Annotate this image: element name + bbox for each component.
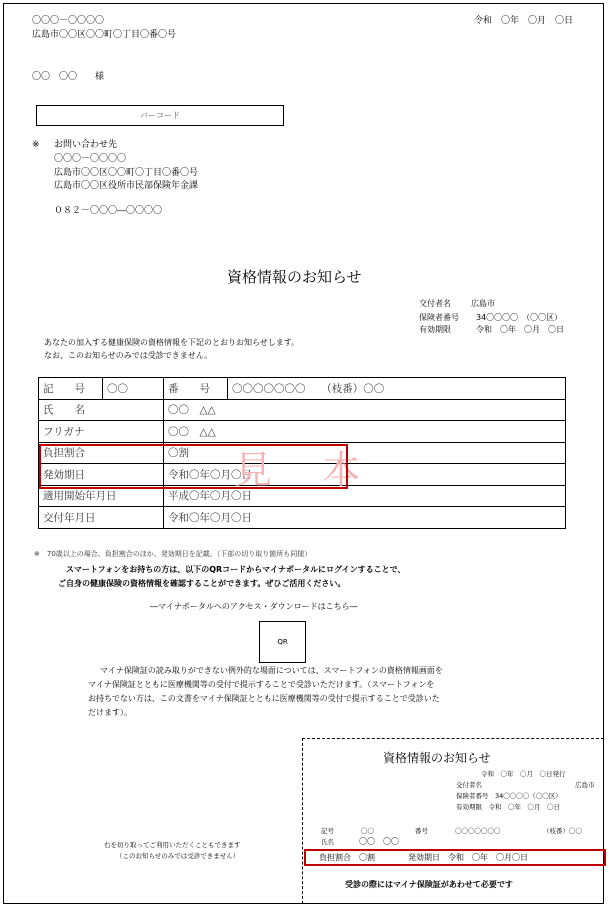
table-row: 記 号 〇〇 番 号 〇〇〇〇〇〇〇 （枝番）〇〇 (39, 378, 566, 400)
cutout-name-value: 〇〇 〇〇 (359, 836, 399, 847)
cutout-issuer-value: 広島市 (575, 781, 595, 790)
smartphone-notice-1: スマートフォンをお持ちの方は、以下のQRコードからマイナポータルにログインするこ… (66, 564, 405, 575)
cutout-number-value: 〇〇〇〇〇〇〇 (455, 827, 501, 836)
row-label: 氏 名 (39, 399, 164, 421)
validity-label: 有効期限 (419, 324, 451, 335)
page-title: 資格情報のお知らせ (227, 267, 362, 287)
cut-note-2: （このお知らせのみでは受診できません） (116, 852, 239, 861)
inquiry-postal-code: 〇〇〇－〇〇〇〇 (54, 153, 126, 165)
cutout-effective: 発効期日 令和 〇年 〇月〇日 (408, 852, 528, 863)
cutout-burden: 負担割合 〇割 (319, 852, 375, 863)
highlight-burden-box (39, 444, 348, 489)
row-value: 令和〇年〇月〇日 (164, 507, 566, 529)
row-value: 〇〇 △△ (164, 399, 566, 421)
number-value: 〇〇〇〇〇〇〇 （枝番）〇〇 (228, 378, 566, 400)
cutout-title: 資格情報のお知らせ (383, 750, 491, 766)
inquiry-mark: ※ (32, 139, 40, 151)
table-row: 氏 名 〇〇 △△ (39, 399, 566, 421)
inquiry-address: 広島市〇〇区〇〇町〇丁目〇番〇号 (54, 167, 198, 179)
recipient-address: 広島市〇〇区〇〇町〇丁目〇番〇号 (32, 29, 176, 41)
portal-access-label: ―マイナポータルへのアクセス・ダウンロードはこちら― (150, 601, 358, 612)
row-label: フリガナ (39, 421, 164, 443)
issue-date: 令和 〇年 〇月 〇日 (474, 15, 573, 27)
exception-line-1: マイナ保険証の読み取りができない例外的な場面については、スマートフォンの資格情報… (92, 665, 443, 676)
issuer-label: 交付者名 (419, 298, 451, 309)
exception-line-3: お持ちでない方は、この文書をマイナ保険証とともに医療機関等の受付で提示することで… (88, 693, 440, 704)
cutout-footer: 受診の際にはマイナ保険証があわせて必要です (345, 879, 513, 890)
inquiry-heading: お問い合わせ先 (54, 139, 117, 151)
symbol-value: 〇〇 (103, 378, 164, 400)
inquiry-office: 広島市〇〇区役所市民部保険年金課 (54, 180, 198, 192)
validity-value: 令和 〇年 〇月 〇日 (476, 324, 564, 335)
insurer-number-label: 保険者番号 (419, 312, 459, 323)
exception-line-2: マイナ保険証とともに医療機関等の受付で提示することで受診いただけます。（スマート… (88, 679, 434, 690)
cut-note-1: 右を切り取ってご利用いただくこともできます (104, 841, 241, 850)
cutout-validity: 有効期限 令和 〇年 〇月 〇日 (456, 803, 560, 812)
barcode-box: バーコード (36, 105, 284, 126)
cutout-symbol-value: 〇〇 (361, 827, 374, 836)
cutout-branch: （枝番）〇〇 (543, 827, 582, 836)
number-label: 番 号 (164, 378, 228, 400)
inquiry-phone: ０８２－〇〇〇―〇〇〇〇 (54, 205, 162, 217)
cutout-insurer-number: 保険者番号 34〇〇〇〇（〇〇区） (456, 792, 562, 801)
insurer-number-value: 34〇〇〇〇 （〇〇区） (476, 312, 562, 323)
row-value: 〇〇 △△ (164, 421, 566, 443)
smartphone-notice-2: ご自身の健康保険の資格情報を確認することができます。ぜひご活用ください。 (58, 578, 345, 589)
table-row: 交付年月日 令和〇年〇月〇日 (39, 507, 566, 529)
intro-line-1: あなたの加入する健康保険の資格情報を下記のとおりお知らせします。 (44, 337, 299, 348)
recipient-postal-code: 〇〇〇－〇〇〇〇 (32, 15, 104, 27)
intro-line-2: なお、このお知らせのみでは受診できません。 (44, 350, 212, 361)
cutout-card: 資格情報のお知らせ 令和 〇年 〇月 〇日発行 交付者名 広島市 保険者番号 3… (302, 738, 604, 904)
table-row: フリガナ 〇〇 △△ (39, 421, 566, 443)
note-70-plus: ※ 70歳以上の場合、負担割合のほか、発効期日を記載。（下部の切り取り箇所も同様… (34, 549, 311, 559)
row-label: 交付年月日 (39, 507, 164, 529)
cutout-symbol-label: 記号 (321, 827, 334, 836)
exception-line-4: だけます）。 (88, 707, 132, 718)
cutout-name-label: 氏名 (321, 838, 334, 847)
issuer-value: 広島市 (471, 298, 495, 309)
cutout-issued-date: 令和 〇年 〇月 〇日発行 (481, 770, 566, 779)
cutout-issuer-label: 交付者名 (456, 781, 482, 790)
symbol-label: 記 号 (39, 378, 103, 400)
recipient-name: 〇〇 〇〇 様 (32, 71, 104, 83)
qr-code[interactable]: QR (259, 621, 306, 663)
cutout-number-label: 番号 (415, 827, 428, 836)
